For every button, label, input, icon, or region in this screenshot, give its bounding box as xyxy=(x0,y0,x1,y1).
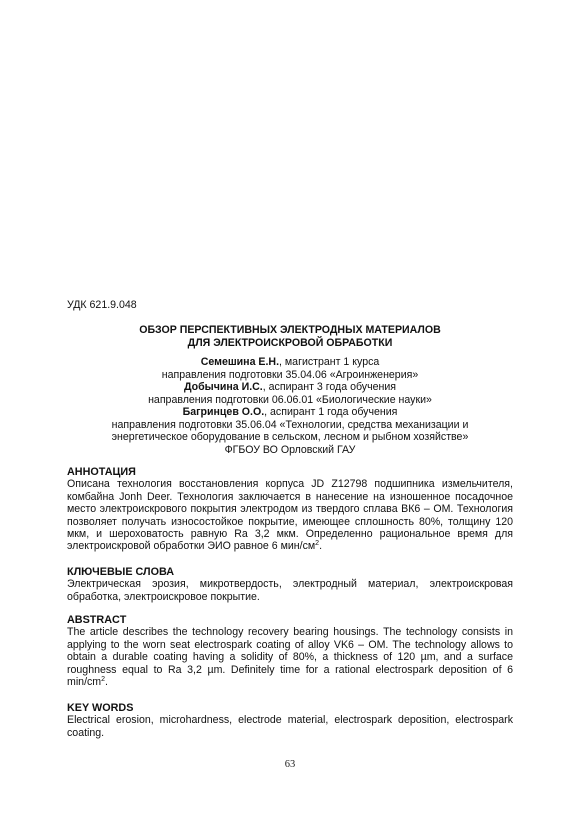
author-direction: энергетическое оборудование в сельском, … xyxy=(67,431,513,444)
authors-block: Семешина Е.Н., магистрант 1 курса направ… xyxy=(67,356,513,456)
author-role: , аспирант 1 года обучения xyxy=(264,406,397,418)
author-direction: направления подготовки 35.04.06 «Агроинж… xyxy=(67,369,513,382)
author-name: Семешина Е.Н. xyxy=(201,356,279,368)
paper-title: ОБЗОР ПЕРСПЕКТИВНЫХ ЭЛЕКТРОДНЫХ МАТЕРИАЛ… xyxy=(67,324,513,349)
annotation-section: АННОТАЦИЯ Описана технология восстановле… xyxy=(67,466,513,553)
abstract-text: The article describes the technology rec… xyxy=(67,626,513,688)
abstract-heading: ABSTRACT xyxy=(67,614,513,626)
udk-code: УДК 621.9.048 xyxy=(67,299,137,311)
author-line: Добычина И.С., аспирант 3 года обучения xyxy=(67,381,513,394)
keywords-en-section: KEY WORDS Electrical erosion, microhardn… xyxy=(67,702,513,739)
document-page: УДК 621.9.048 ОБЗОР ПЕРСПЕКТИВНЫХ ЭЛЕКТР… xyxy=(67,0,513,820)
author-role: , аспирант 3 года обучения xyxy=(263,381,396,393)
annotation-text: Описана технология восстановления корпус… xyxy=(67,478,513,552)
annotation-heading: АННОТАЦИЯ xyxy=(67,466,513,478)
keywords-ru-text: Электрическая эрозия, микротвердость, эл… xyxy=(67,578,513,603)
affiliation: ФГБОУ ВО Орловский ГАУ xyxy=(67,444,513,457)
author-direction: направления подготовки 35.06.04 «Техноло… xyxy=(67,419,513,432)
keywords-en-text: Electrical erosion, microhardness, elect… xyxy=(67,714,513,739)
paper-title-line-1: ОБЗОР ПЕРСПЕКТИВНЫХ ЭЛЕКТРОДНЫХ МАТЕРИАЛ… xyxy=(67,324,513,337)
author-line: Багринцев О.О., аспирант 1 года обучения xyxy=(67,406,513,419)
author-name: Добычина И.С. xyxy=(184,381,263,393)
author-line: Семешина Е.Н., магистрант 1 курса xyxy=(67,356,513,369)
abstract-section: ABSTRACT The article describes the techn… xyxy=(67,614,513,688)
keywords-en-heading: KEY WORDS xyxy=(67,702,513,714)
paper-title-line-2: ДЛЯ ЭЛЕКТРОИСКРОВОЙ ОБРАБОТКИ xyxy=(67,337,513,350)
author-name: Багринцев О.О. xyxy=(183,406,265,418)
page-number: 63 xyxy=(67,759,513,771)
keywords-ru-section: КЛЮЧЕВЫЕ СЛОВА Электрическая эрозия, мик… xyxy=(67,566,513,603)
keywords-ru-heading: КЛЮЧЕВЫЕ СЛОВА xyxy=(67,566,513,578)
author-direction: направления подготовки 06.06.01 «Биологи… xyxy=(67,394,513,407)
author-role: , магистрант 1 курса xyxy=(279,356,379,368)
